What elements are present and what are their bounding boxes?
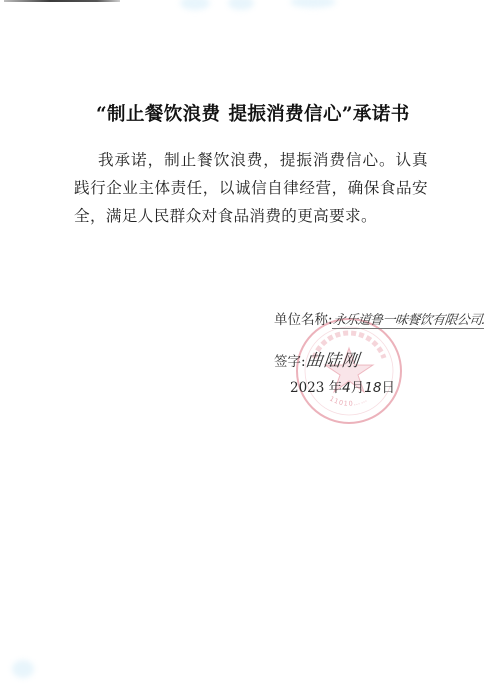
document-title: “制止餐饮浪费提振消费信心”承诺书 <box>96 100 416 126</box>
date-row: 2023 年4月18日 <box>290 376 395 396</box>
seal-star-icon: 11010…… <box>296 318 402 424</box>
date-year: 2023 年 <box>290 380 342 396</box>
title-part-3: 承诺书 <box>353 104 410 125</box>
date-month-label: 月 <box>351 380 365 396</box>
pledge-body: 我承诺，制止餐饮浪费，提振消费信心。认真践行企业主体责任，以诚信自律经营，确保食… <box>74 146 428 230</box>
signature-row: 签字:曲陆刚 <box>274 346 360 371</box>
unit-name-row: 单位名称:永乐道鲁一味餐饮有限公司. <box>274 308 485 329</box>
scan-tint-artifact <box>180 0 210 10</box>
date-day-label: 日 <box>381 380 395 396</box>
unit-name-handwritten: 永乐道鲁一味餐饮有限公司. <box>332 309 486 329</box>
scan-tint-artifact <box>228 0 254 10</box>
title-part-1: “制止餐饮浪费 <box>96 104 220 125</box>
title-part-2: 提振消费信心” <box>228 104 352 125</box>
date-day: 18 <box>364 380 381 396</box>
unit-name-label: 单位名称: <box>274 312 333 328</box>
svg-text:11010……: 11010…… <box>328 395 369 408</box>
scan-edge-artifact <box>4 0 120 2</box>
scan-tint-artifact <box>290 0 336 8</box>
company-seal-stamp: 11010…… <box>296 318 402 424</box>
signature-handwritten: 曲陆刚 <box>304 346 361 371</box>
signature-label: 签字: <box>274 354 306 370</box>
scan-tint-artifact <box>12 660 34 678</box>
document-page: “制止餐饮浪费提振消费信心”承诺书 我承诺，制止餐饮浪费，提振消费信心。认真践行… <box>0 0 500 692</box>
date-month: 4 <box>342 380 351 396</box>
seal-serial: 11010…… <box>328 395 369 408</box>
